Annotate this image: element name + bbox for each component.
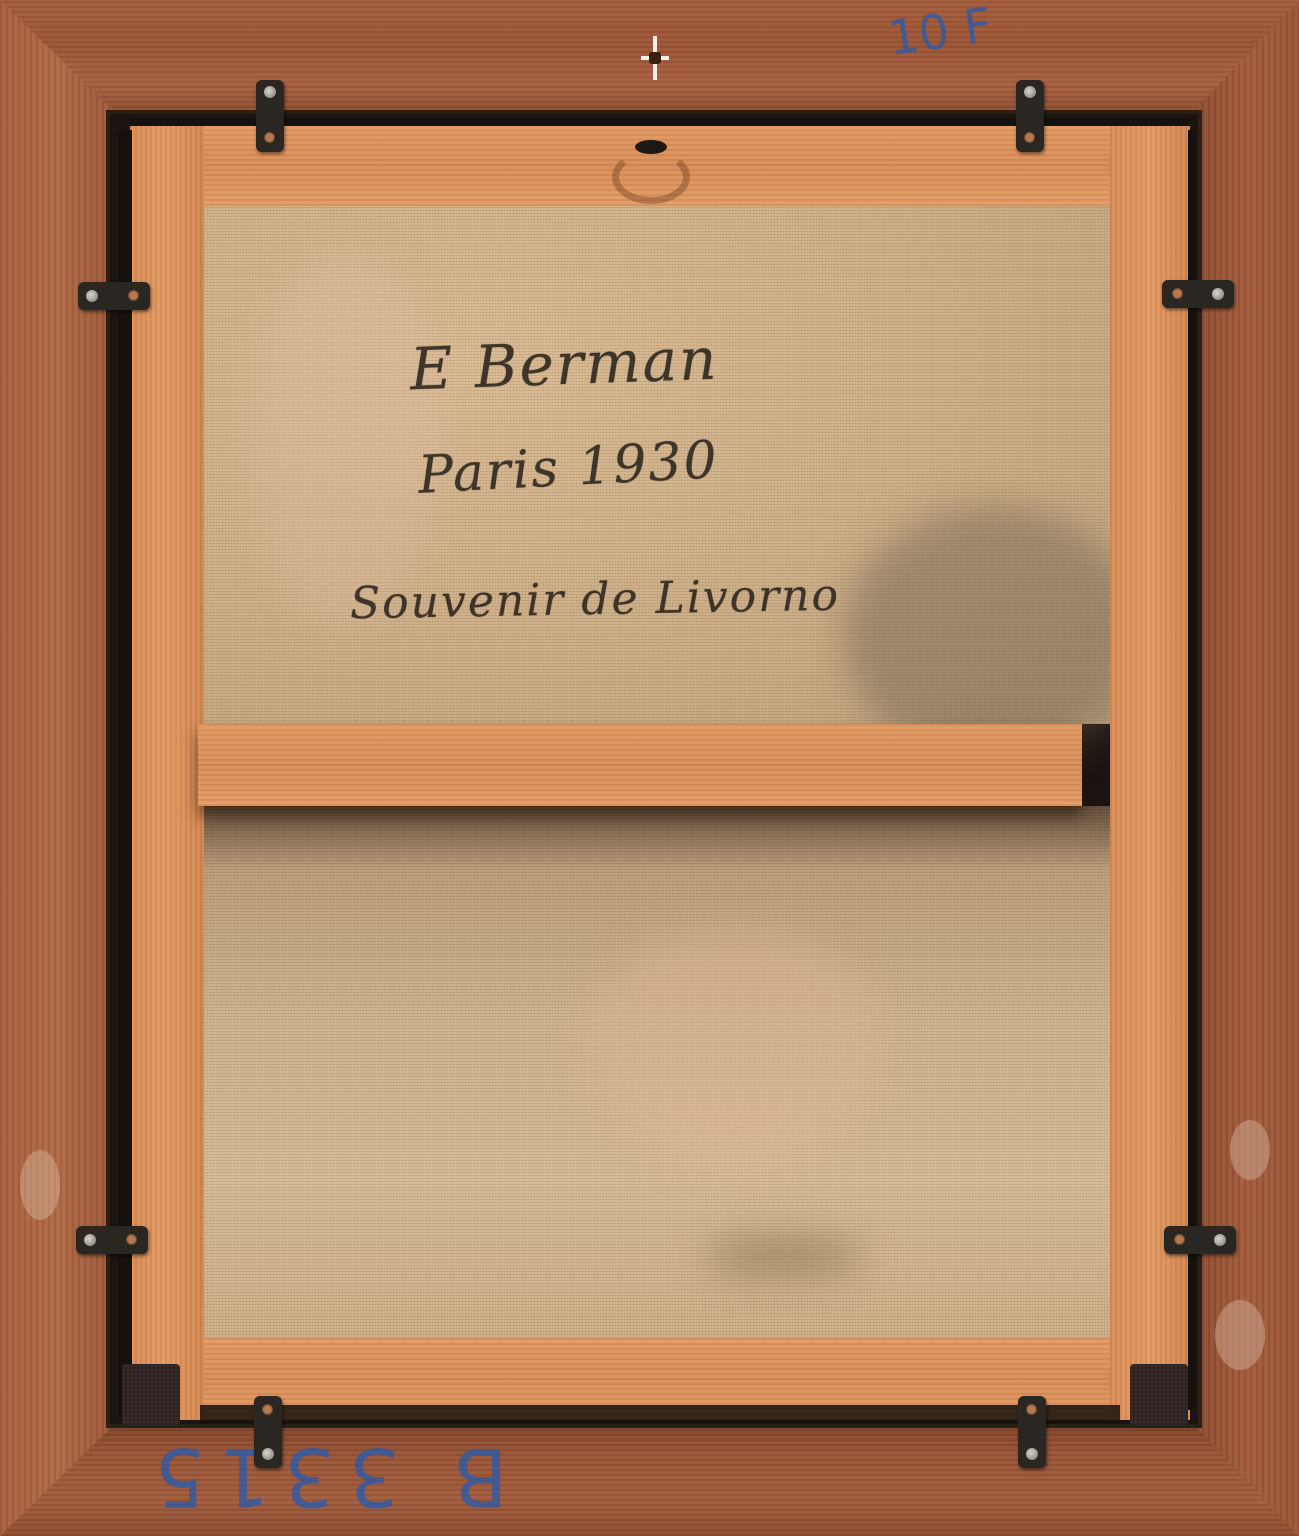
frame-left-board (0, 0, 118, 1536)
frame-wear-spot (1215, 1300, 1265, 1370)
metal-clip (256, 80, 284, 152)
clip-hole (128, 290, 139, 301)
clip-hole (126, 1234, 137, 1245)
clip-hole (1174, 1234, 1185, 1245)
felt-bumper (122, 1364, 180, 1426)
screw-icon (1214, 1234, 1226, 1246)
metal-clip (1016, 80, 1044, 152)
screw-icon (1026, 1448, 1038, 1460)
screw-icon (262, 1448, 274, 1460)
nail-hole (649, 52, 661, 64)
clip-hole (1172, 288, 1183, 299)
screw-icon (84, 1234, 96, 1246)
metal-clip (1162, 280, 1234, 308)
metal-clip (254, 1396, 282, 1468)
screw-icon (264, 86, 276, 98)
black-edge-bottom (200, 1405, 1120, 1423)
inscription-artist: E Berman (409, 325, 720, 404)
metal-clip (1018, 1396, 1046, 1468)
white-cross-mark (640, 30, 670, 82)
clip-hole (262, 1404, 273, 1415)
ring-shadow (612, 150, 690, 204)
screw-icon (1212, 288, 1224, 300)
canvas-lower-panel (204, 806, 1110, 1338)
stretcher-crossbar (198, 724, 1082, 806)
screw-icon (1024, 86, 1036, 98)
hanging-ring (635, 140, 667, 154)
metal-clip (1164, 1226, 1236, 1254)
screw-icon (86, 290, 98, 302)
frame-marking-bottom: B 3315 (140, 1430, 508, 1523)
metal-clip (78, 282, 150, 310)
canvas-stain (704, 1236, 864, 1276)
painting-reverse-photo: E Berman Paris 1930 Souvenir de Livorno … (0, 0, 1299, 1536)
canvas-bleed-through (584, 926, 884, 1166)
clip-hole (1024, 132, 1035, 143)
felt-bumper (1130, 1364, 1188, 1426)
frame-wear-spot (20, 1150, 60, 1220)
frame-wear-spot (1230, 1120, 1270, 1180)
clip-hole (264, 132, 275, 143)
black-edge-right (1188, 130, 1196, 1410)
canvas-bleed-through (244, 246, 444, 626)
metal-clip (76, 1226, 148, 1254)
clip-hole (1026, 1404, 1037, 1415)
inscription-title: Souvenir de Livorno (350, 570, 841, 630)
